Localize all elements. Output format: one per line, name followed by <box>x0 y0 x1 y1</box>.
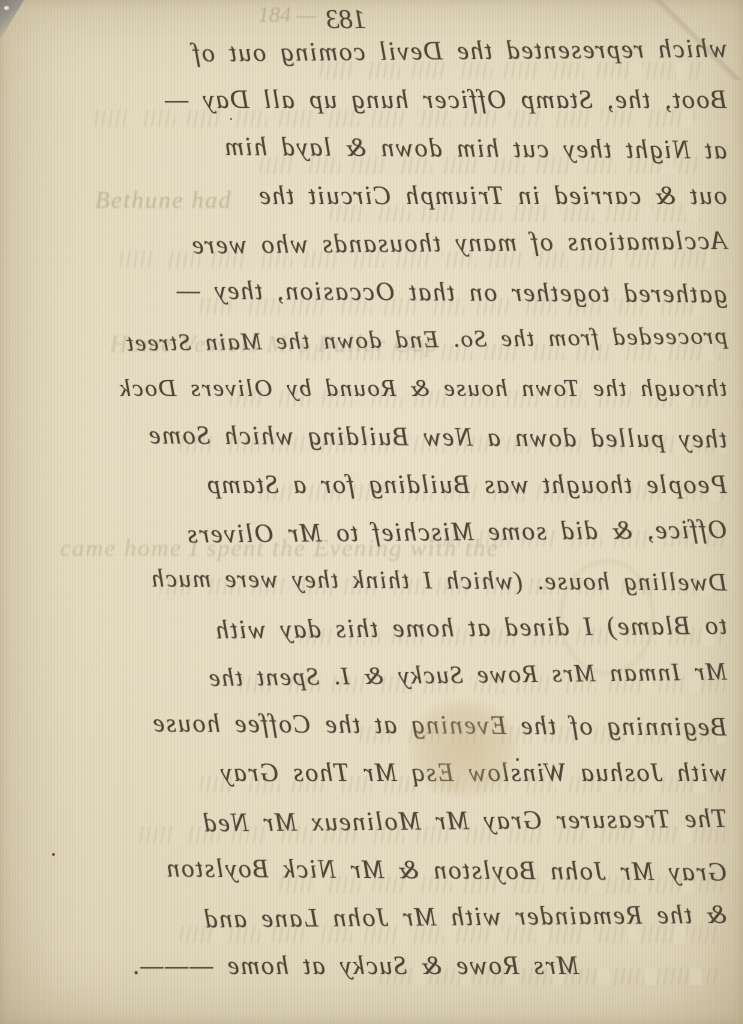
manuscript-page: 184 — 183 Bethune had Home Vessels Mrs F… <box>0 0 743 1024</box>
manuscript-line: proceeded from the So. End down the Main… <box>10 312 728 369</box>
manuscript-line: gathered together on that Occasion, they… <box>10 266 727 319</box>
manuscript-line: which represented the Devil coming out o… <box>10 25 727 79</box>
manuscript-line: Boot, the, Stamp Officer hung up all Day… <box>10 76 727 124</box>
manuscript-line: Gray Mr John Boylston & Mr Nick Boylston <box>10 843 727 896</box>
manuscript-line: Office, & did some Mischief to Mr Oliver… <box>10 506 727 560</box>
manuscript-line: at Night they cut him down & layd him <box>10 122 727 175</box>
page-number-faint: 184 — <box>258 2 316 28</box>
manuscript-line: to Blame) I dined at home this day with <box>10 602 727 656</box>
manuscript-line: The Treasurer Gray Mr Molineux Mr Ned <box>10 794 727 848</box>
manuscript-line: Mr Inman Mrs Rowe Sucky & I. Spent the <box>10 649 728 706</box>
manuscript-line: with Joshua Winslow Esq Mr Thos Gray <box>10 749 727 797</box>
corner-paper-fleck <box>4 6 9 10</box>
manuscript-line: out & carried in Triumph Circuit the <box>10 172 727 220</box>
manuscript-line: & the Remainder with Mr John Lane and <box>10 891 727 945</box>
manuscript-line: Acclamations of many thousands who were <box>10 217 727 271</box>
manuscript-line: Beginning of the Evening at the Coffee h… <box>10 699 727 752</box>
manuscript-line: Dwelling house. (which I think they were… <box>10 555 727 608</box>
showthrough-text-block: which represented the Devil coming out o… <box>10 28 727 990</box>
manuscript-line: Mrs Rowe & Sucky at home ———. <box>10 942 727 990</box>
manuscript-line: through the Town house & Round by Oliver… <box>10 365 727 413</box>
manuscript-line: People thought was Building for a Stamp <box>10 461 727 509</box>
manuscript-line: they pulled down a New Building which So… <box>10 410 727 463</box>
